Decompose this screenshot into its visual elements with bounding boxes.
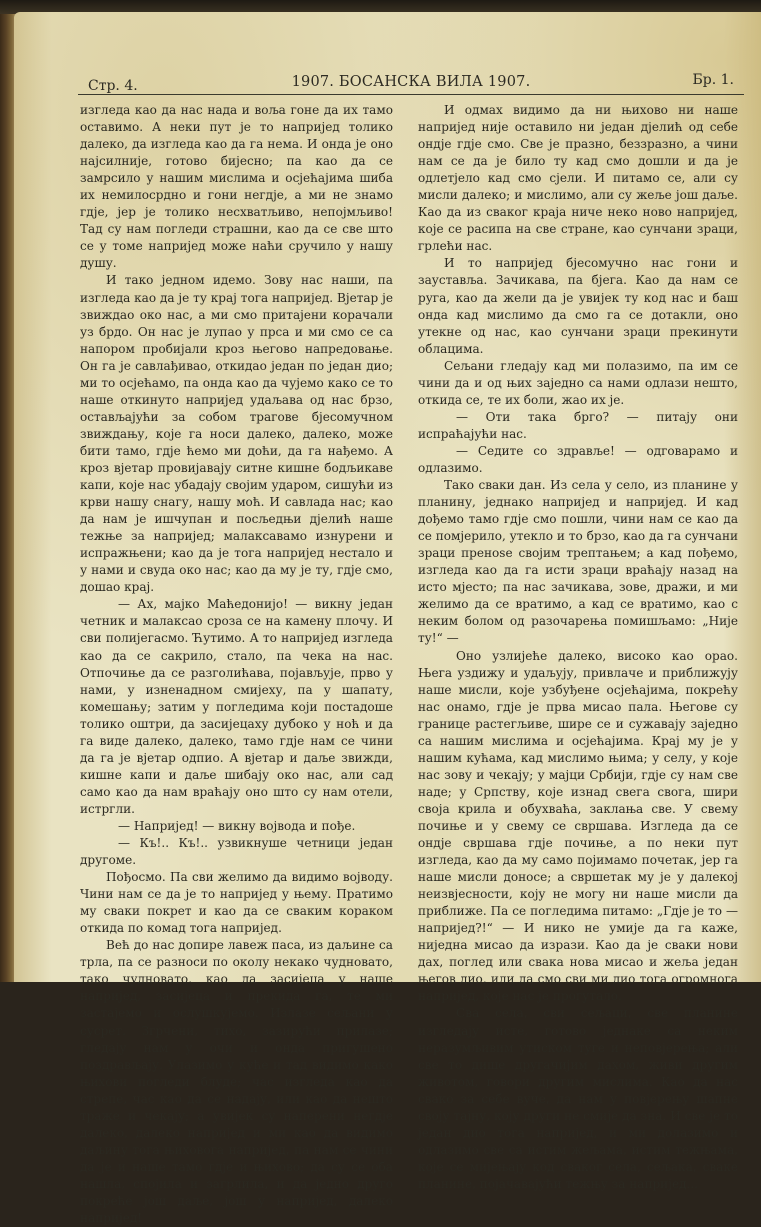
- paragraph: Тако сваки дан. Из села у село, из плани…: [418, 477, 738, 647]
- paragraph: Пођосмо. Па сви желимо да видимо војводу…: [80, 869, 393, 937]
- right-text-column: И одмах видимо да ни њихово ни наше напр…: [418, 102, 738, 982]
- paragraph: Већ до нас допире лавеж паса, из даљине …: [80, 937, 393, 982]
- dialogue-line: — Напријед! — викну војвода и пође.: [80, 818, 393, 835]
- publication-title: 1907. БОСАНСКА ВИЛА 1907.: [78, 74, 744, 90]
- scanned-page-background: Стр. 4. 1907. БОСАНСКА ВИЛА 1907. Бр. 1.…: [0, 0, 761, 982]
- paragraph: — Ах, мајко Маћедонијо! — викну један че…: [80, 596, 393, 818]
- issue-number: Бр. 1.: [692, 72, 734, 88]
- dialogue-line: — Седите со здравље! — одговарамо и одла…: [418, 443, 738, 477]
- paragraph: И тако једном идемо. Зову нас наши, па и…: [80, 272, 393, 596]
- running-header: Стр. 4. 1907. БОСАНСКА ВИЛА 1907. Бр. 1.: [78, 70, 744, 95]
- paragraph: И то напријед бјесомучно нас гони и заус…: [418, 255, 738, 357]
- paragraph: Оно узлијеће далеко, високо као орао. Ње…: [418, 648, 738, 983]
- paragraph: Сељани гледају кад ми полазимо, па им се…: [418, 358, 738, 409]
- left-text-column: изгледа као да нас нада и воља гоне да и…: [80, 102, 393, 982]
- dialogue-line: — Къ!.. Къ!.. узвикнуше четници један др…: [80, 835, 393, 869]
- paragraph: изгледа као да нас нада и воља гоне да и…: [80, 102, 393, 272]
- dialogue-line: — Оти така брго? — питају они испраћајућ…: [418, 409, 738, 443]
- paragraph: И одмах видимо да ни њихово ни наше напр…: [418, 102, 738, 255]
